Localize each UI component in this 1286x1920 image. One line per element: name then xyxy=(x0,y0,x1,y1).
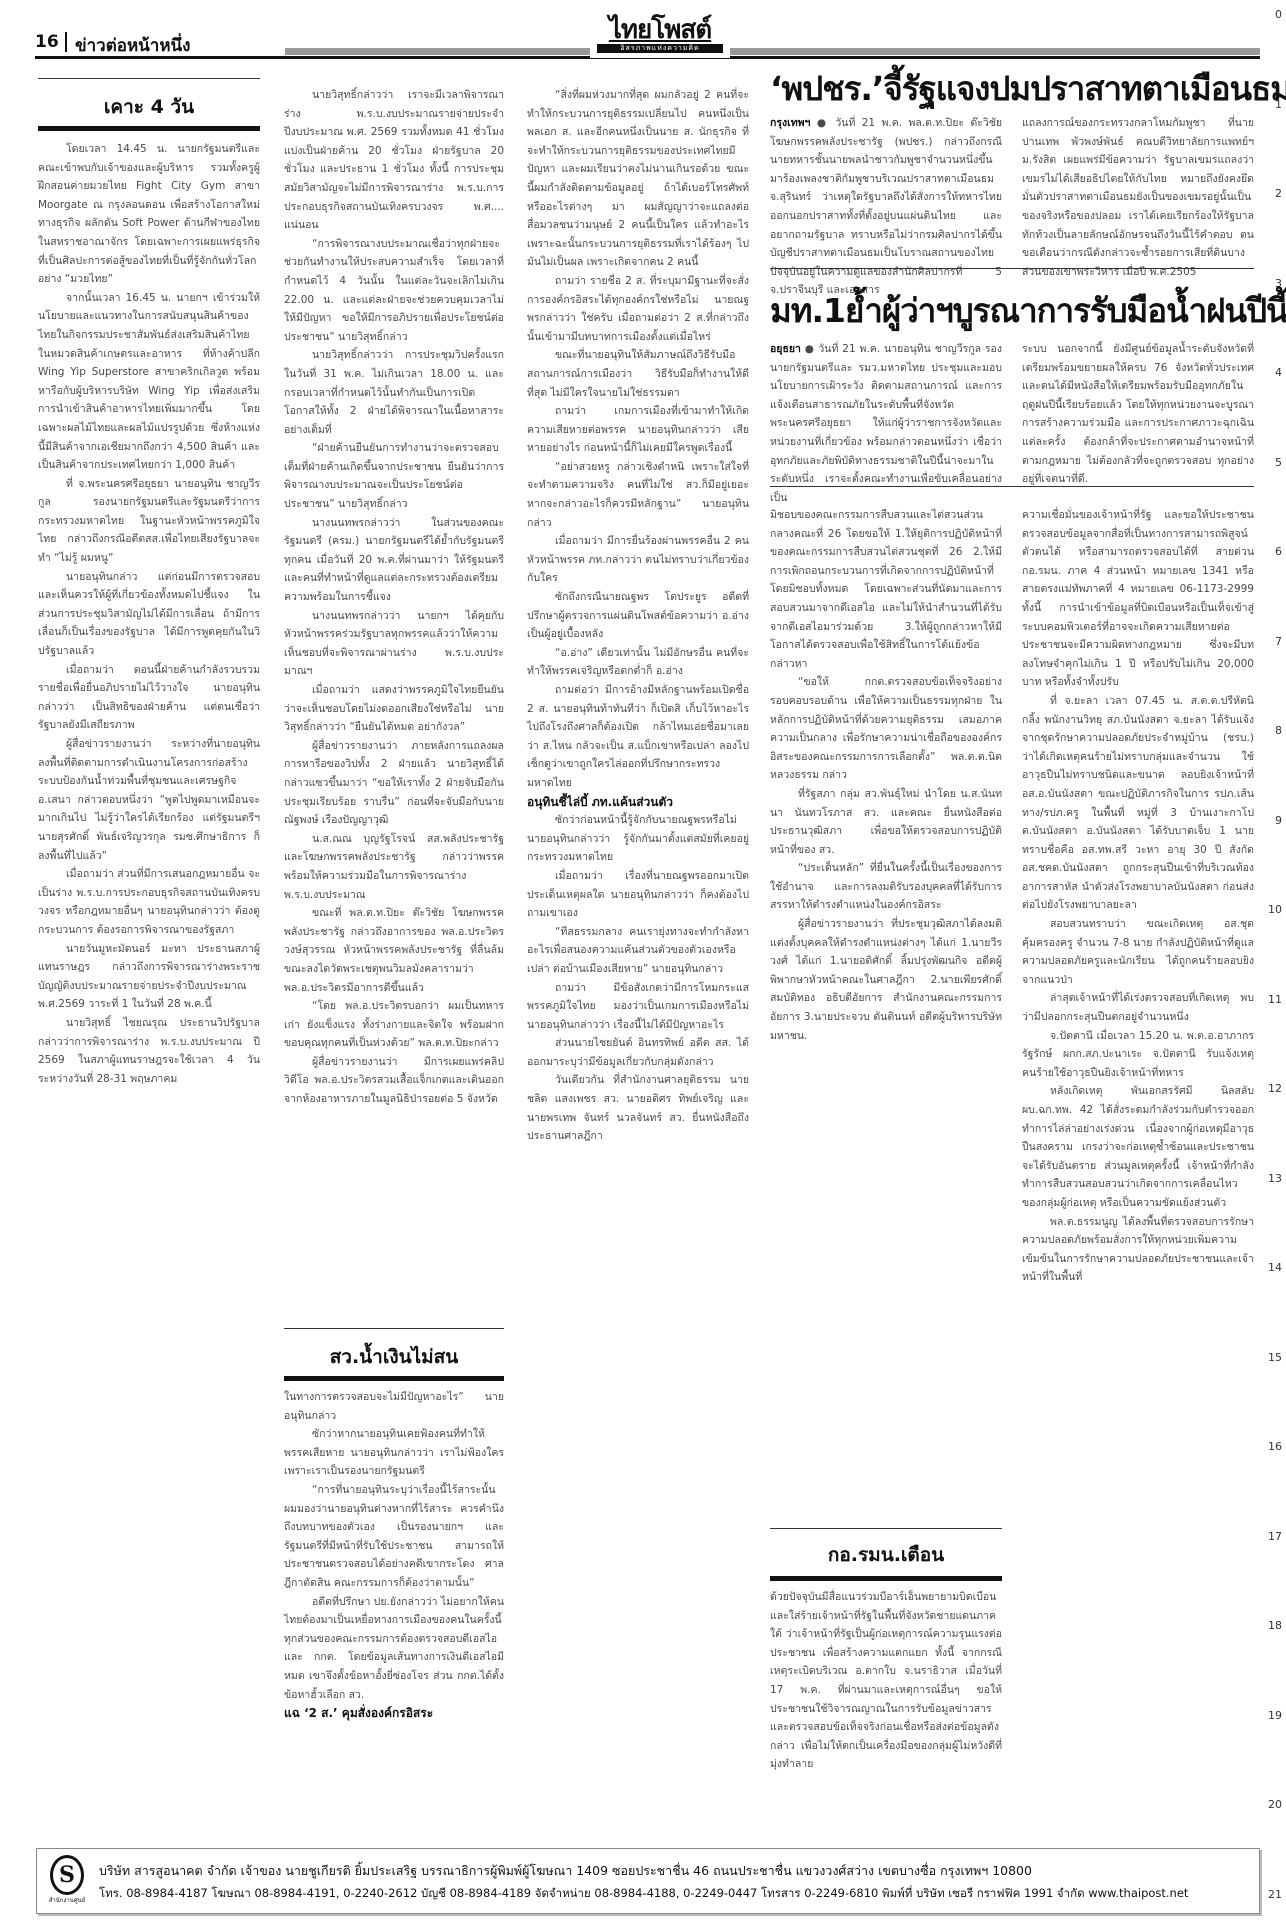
paragraph: เมื่อถามว่า มีการยื่นร้องผ่านพรรคอื่น 2 … xyxy=(527,532,749,588)
ruler-number: 18 xyxy=(1268,1619,1282,1632)
ruler-number: 21 xyxy=(1268,1888,1282,1901)
paragraph: ในทางการตรวจสอบจะไม่มีปัญหาอะไร” นายอนุท… xyxy=(284,1388,504,1425)
logo-word: ไทยโพสต์ xyxy=(590,16,730,44)
paragraph: นายอนุทินกล่าว แต่ก่อนมีการตรวจสอบ และเห… xyxy=(38,568,260,661)
paragraph: “การพิจารณางบประมาณเชื่อว่าทุกฝ่ายจะช่วย… xyxy=(284,235,504,347)
story2-text-left: วันที่ 21 พ.ค. นายอนุทิน ชาญวีรกูล รองนา… xyxy=(770,343,1002,504)
imprint-line-1: บริษัท สารสูอนาคต จำกัด เจ้าของ นายชูเกี… xyxy=(99,1861,1032,1881)
dateline: กรุงเทพฯ xyxy=(770,117,810,129)
paragraph: เมื่อถามว่า เรื่องที่นายณฐพรออกมาเปิดประ… xyxy=(527,867,749,923)
story3-right-column: ความเชื่อมั่นของเจ้าหน้าที่รัฐ และขอให้ป… xyxy=(1022,506,1254,1287)
paragraph: “อย่าสวยหรู กล่าวเชิงตำหนิ เพราะใส่ใจที่… xyxy=(527,458,749,532)
paragraph: หลังเกิดเหตุ พันเอกสรรัศมี นิลสลับ ผบ.ฉก… xyxy=(1022,1082,1254,1212)
paragraph: ถามต่อว่า มีการอ้างมีหลักฐานพร้อมเปิดชื่… xyxy=(527,681,749,793)
paragraph: น.ส.ณณ บุญรัฐโรจน์ สส.พลังประชารัฐ และโฆ… xyxy=(284,830,504,904)
story3-left-column: มิชอบของคณะกรรมการสืบสวนและไต่สวนส่วนกลา… xyxy=(770,506,1002,1045)
article-column-2: นายวิสุทธิ์กล่าวว่า เราจะมีเวลาพิจารณาร่… xyxy=(284,86,504,1109)
ruler-number: 4 xyxy=(1275,366,1282,379)
paragraph: ซักถึงกรณีนายณฐพร โตประยูร อดีตที่ปรึกษา… xyxy=(527,588,749,644)
paragraph: มิชอบของคณะกรรมการสืบสวนและไต่สวนส่วนกลา… xyxy=(770,506,1002,673)
ruler-number: 0 xyxy=(1275,8,1282,21)
paragraph: ถามว่า เกมการเมืองที่เข้ามาทำให้เกิดความ… xyxy=(527,402,749,458)
paragraph: “ทีสธรรมกลาง คนเรายุ่งทางจะทำกำลังหาอะไร… xyxy=(527,923,749,979)
paragraph: เมื่อถามว่า ส่วนที่มีการเสนอกฎหมายอื่น จ… xyxy=(38,865,260,939)
story3-subbox: ด้วยปัจจุบันมีสื่อแนวร่วมบีอาร์เอ็นพยายา… xyxy=(770,1588,1002,1774)
ruler-number: 15 xyxy=(1268,1351,1282,1364)
paragraph: ความเชื่อมั่นของเจ้าหน้าที่รัฐ และขอให้ป… xyxy=(1022,506,1254,692)
divider xyxy=(284,1328,504,1329)
paragraph: “อ.อ่าง” เดียวเท่านั้น ไม่มีอักษรอื่น คน… xyxy=(527,644,749,681)
imprint-line-2: โทร. 08-8984-4187 โฆษณา 08-8984-4191, 0-… xyxy=(99,1885,1188,1903)
ruler-number: 17 xyxy=(1268,1530,1282,1543)
heading-underline xyxy=(770,1576,1002,1581)
paragraph: “สิ่งที่ผมห่วงมากที่สุด ผมกลัวอยู่ 2 คนท… xyxy=(527,86,749,272)
divider xyxy=(770,268,1254,269)
ruler-number: 11 xyxy=(1268,993,1282,1006)
paragraph: ผู้สื่อข่าวรายงานว่า ระหว่างที่นายอนุทิน… xyxy=(38,735,260,865)
paragraph: ที่ จ.พระนครศรีอยุธยา นายอนุทิน ชาญวีรกู… xyxy=(38,475,260,568)
publisher-logo: S สำนักงานศูนย์ xyxy=(47,1855,87,1907)
paragraph: พล.ต.ธรรมนูญ ได้ลงพื้นที่ตรวจสอบการรักษา… xyxy=(1022,1213,1254,1287)
divider xyxy=(38,78,260,79)
paragraph: ถามว่า มีข้อสังเกตว่ามีการโหมกระแสพรรคภู… xyxy=(527,979,749,1035)
paragraph: โดยเวลา 14.45 น. นายกรัฐมนตรีและคณะเข้าพ… xyxy=(38,140,260,289)
article-column-2-continued: ในทางการตรวจสอบจะไม่มีปัญหาอะไร” นายอนุท… xyxy=(284,1388,504,1723)
headline-interior-flood: มท.1ย้ำผู้ว่าฯบูรณาการรับมือน้ำฝนปีนี้ xyxy=(770,284,1286,337)
ruler-number: 7 xyxy=(1275,635,1282,648)
paragraph: เมื่อถามว่า แสดงว่าพรรคภูมิใจไทยยืนยันว่… xyxy=(284,681,504,737)
masthead-gray-bar xyxy=(285,48,1260,55)
story2-left-column: อยุธยา ● วันที่ 21 พ.ค. นายอนุทิน ชาญวีร… xyxy=(770,340,1002,507)
story1-left-column: กรุงเทพฯ ● วันที่ 21 พ.ค. พล.ต.ท.ปิยะ ต๊… xyxy=(770,114,1002,300)
paragraph: ผู้สื่อข่าวรายงานว่า ที่ประชุมวุฒิสภาได้… xyxy=(770,915,1002,1045)
story1-right-column: แถลงการณ์ของกระทรวงกลาโหมกัมพูชา ที่นายป… xyxy=(1022,114,1254,281)
paragraph: สอบสวนทราบว่า ขณะเกิดเหตุ อส.ชุดคุ้มครอง… xyxy=(1022,915,1254,989)
subbox-text: ด้วยปัจจุบันมีสื่อแนวร่วมบีอาร์เอ็นพยายา… xyxy=(770,1588,1002,1774)
paragraph: ซักว่าหากนายอนุทินเคยฟ้องคนที่ทำให้พรรคเ… xyxy=(284,1425,504,1481)
section-heading-isoc-warn: กอ.รมน.เตือน xyxy=(770,1540,1002,1570)
ruler-number: 9 xyxy=(1275,814,1282,827)
paragraph: “ฝ่ายค้านยืนยันการทำงานว่าจะตรวจสอบเต็มท… xyxy=(284,439,504,513)
paragraph: ขณะที่ พล.ต.ท.ปิยะ ต๊ะวิชัย โฆษกพรรคพลัง… xyxy=(284,904,504,997)
imprint-footer: S สำนักงานศูนย์ บริษัท สารสูอนาคต จำกัด … xyxy=(36,1848,1260,1914)
publisher-logo-caption: สำนักงานศูนย์ xyxy=(47,1895,87,1905)
subheading-2s-control: แฉ ‘2 ส.’ คุมสั่งองค์กรอิสระ xyxy=(284,1704,504,1723)
story2-text-right: ระบบ นอกจากนี้ ยังมีศูนย์ข้อมูลน้ำระดับจ… xyxy=(1022,340,1254,489)
paragraph: ส่วนนายไชยยันต์ อินทรทิพย์ อดีต สส. ได้อ… xyxy=(527,1034,749,1071)
paragraph: วันเดียวกัน ที่สำนักงานศาลยุติธรรม นายชล… xyxy=(527,1071,749,1145)
ruler-number: 20 xyxy=(1268,1798,1282,1811)
paragraph: “การที่นายอนุทินระบุว่าเรื่องนี้ไร้สาระน… xyxy=(284,1481,504,1593)
section-title: ข่าวต่อหน้าหนึ่ง xyxy=(75,32,190,59)
newspaper-page: 16 ข่าวต่อหน้าหนึ่ง ไทยโพสต์ อิสรภาพแห่ง… xyxy=(0,0,1286,1920)
ruler-number: 16 xyxy=(1268,1440,1282,1453)
paragraph: “โดย พล.อ.ประวิตรบอกว่า ผมเป็นทหารเก่า ย… xyxy=(284,997,504,1053)
story1-text-left: วันที่ 21 พ.ค. พล.ต.ท.ปิยะ ต๊ะวิชัย โฆษก… xyxy=(770,117,1002,296)
paragraph: จากนั้นเวลา 16.45 น. นายกฯ เข้าร่วมให้นโ… xyxy=(38,289,260,475)
paragraph: นางนนทพรกล่าวว่า นายกฯ ได้คุยกับหัวหน้าพ… xyxy=(284,607,504,681)
subheading-anutin: อนุทินชี้ไล่บี้ ภท.แค้นส่วนตัว xyxy=(527,793,749,812)
paragraph: นายวิสุทธิ์กล่าวว่า เราจะมีเวลาพิจารณาร่… xyxy=(284,86,504,235)
divider xyxy=(770,486,1254,487)
paragraph: “ขอให้ กกต.ตรวจสอบข้อเท็จจริงอย่างรอบคอบ… xyxy=(770,673,1002,785)
heading-underline xyxy=(284,1376,504,1381)
ruler-number: 10 xyxy=(1268,903,1282,916)
paragraph: ที่ จ.ยะลา เวลา 07.45 น. ส.ต.ต.ปรีหัตนิ … xyxy=(1022,692,1254,915)
paragraph: ผู้สื่อข่าวรายงานว่า ภายหลังการแถลงผลการ… xyxy=(284,737,504,830)
article-column-1: โดยเวลา 14.45 น. นายกรัฐมนตรีและคณะเข้าพ… xyxy=(38,140,260,1088)
article-column-3: “สิ่งที่ผมห่วงมากที่สุด ผมกลัวอยู่ 2 คนท… xyxy=(527,86,749,1146)
publisher-s-icon: S xyxy=(50,1855,84,1895)
paragraph: นายวันมูหะมัดนอร์ มะทา ประธานสภาผู้แทนรา… xyxy=(38,940,260,1014)
section-heading-knock-4-days: เคาะ 4 วัน xyxy=(38,92,260,122)
ruler-number: 6 xyxy=(1275,545,1282,558)
paragraph: ขณะที่นายอนุทินให้สัมภาษณ์ถึงวิธีรับมือส… xyxy=(527,346,749,402)
paragraph: นายวิสุทธิ์กล่าวว่า การประชุมวิปครั้งแรก… xyxy=(284,346,504,439)
paragraph: ถามว่า รายชื่อ 2 ส. ที่ระบุมามีฐานะที่จะ… xyxy=(527,272,749,346)
ruler-number: 5 xyxy=(1275,456,1282,469)
paragraph: นายวิสุทธิ์ ไชยณรุณ ประธานวิปรัฐบาล กล่า… xyxy=(38,1014,260,1088)
newspaper-logo: ไทยโพสต์ อิสรภาพแห่งความคิด xyxy=(590,16,730,58)
logo-tagline: อิสรภาพแห่งความคิด xyxy=(597,44,723,53)
ruler-number: 19 xyxy=(1268,1709,1282,1722)
paragraph: นางนนทพรกล่าวว่า ในส่วนของคณะรัฐมนตรี (ค… xyxy=(284,514,504,607)
paragraph: ที่รัฐสภา กลุ่ม สว.พันธุ์ใหม่ นำโดย น.ส.… xyxy=(770,785,1002,859)
story2-right-column: ระบบ นอกจากนี้ ยังมีศูนย์ข้อมูลน้ำระดับจ… xyxy=(1022,340,1254,489)
paragraph: “ประเด็นหลัก” ที่ยื่นในครั้งนี้เป็นเรื่อ… xyxy=(770,859,1002,915)
paragraph: ซักว่าก่อนหน้านี้รู้จักกับนายณฐพรหรือไม่… xyxy=(527,811,749,867)
paragraph: จ.ปัตตานี เมื่อเวลา 15.20 น. พ.ต.อ.อาภาก… xyxy=(1022,1027,1254,1083)
page-number: 16 xyxy=(35,32,67,52)
ruler-number: 13 xyxy=(1268,1172,1282,1185)
ruler-number: 12 xyxy=(1268,1082,1282,1095)
ruler-number: 8 xyxy=(1275,724,1282,737)
divider xyxy=(770,1528,1002,1529)
headline-pprp-temple: ‘พปชร.’จี้รัฐแจงปมปราสาทตาเมือนธม xyxy=(770,62,1286,115)
paragraph: เมื่อถามว่า ตอนนี้ฝ่ายค้านกำลังรวบรวมราย… xyxy=(38,661,260,735)
ruler-number: 2 xyxy=(1275,187,1282,200)
story1-text-right: แถลงการณ์ของกระทรวงกลาโหมกัมพูชา ที่นายป… xyxy=(1022,114,1254,281)
ruler-number: 14 xyxy=(1268,1261,1282,1274)
section-heading-blue-senators: สว.น้ำเงินไม่สน xyxy=(284,1342,504,1372)
heading-underline xyxy=(38,126,260,131)
masthead: 16 ข่าวต่อหน้าหนึ่ง ไทยโพสต์ อิสรภาพแห่ง… xyxy=(35,18,1260,58)
dateline: อยุธยา xyxy=(770,343,801,355)
paragraph: ล่าสุดเจ้าหน้าที่ได้เร่งตรวจสอบที่เกิดเห… xyxy=(1022,989,1254,1026)
paragraph: ผู้สื่อข่าวรายงานว่า มีการเผยแพร่คลิปวิด… xyxy=(284,1053,504,1109)
paragraph: อดีตที่ปรึกษา ปย.ยังกล่าวว่า ไม่อยากให้ค… xyxy=(284,1593,504,1705)
